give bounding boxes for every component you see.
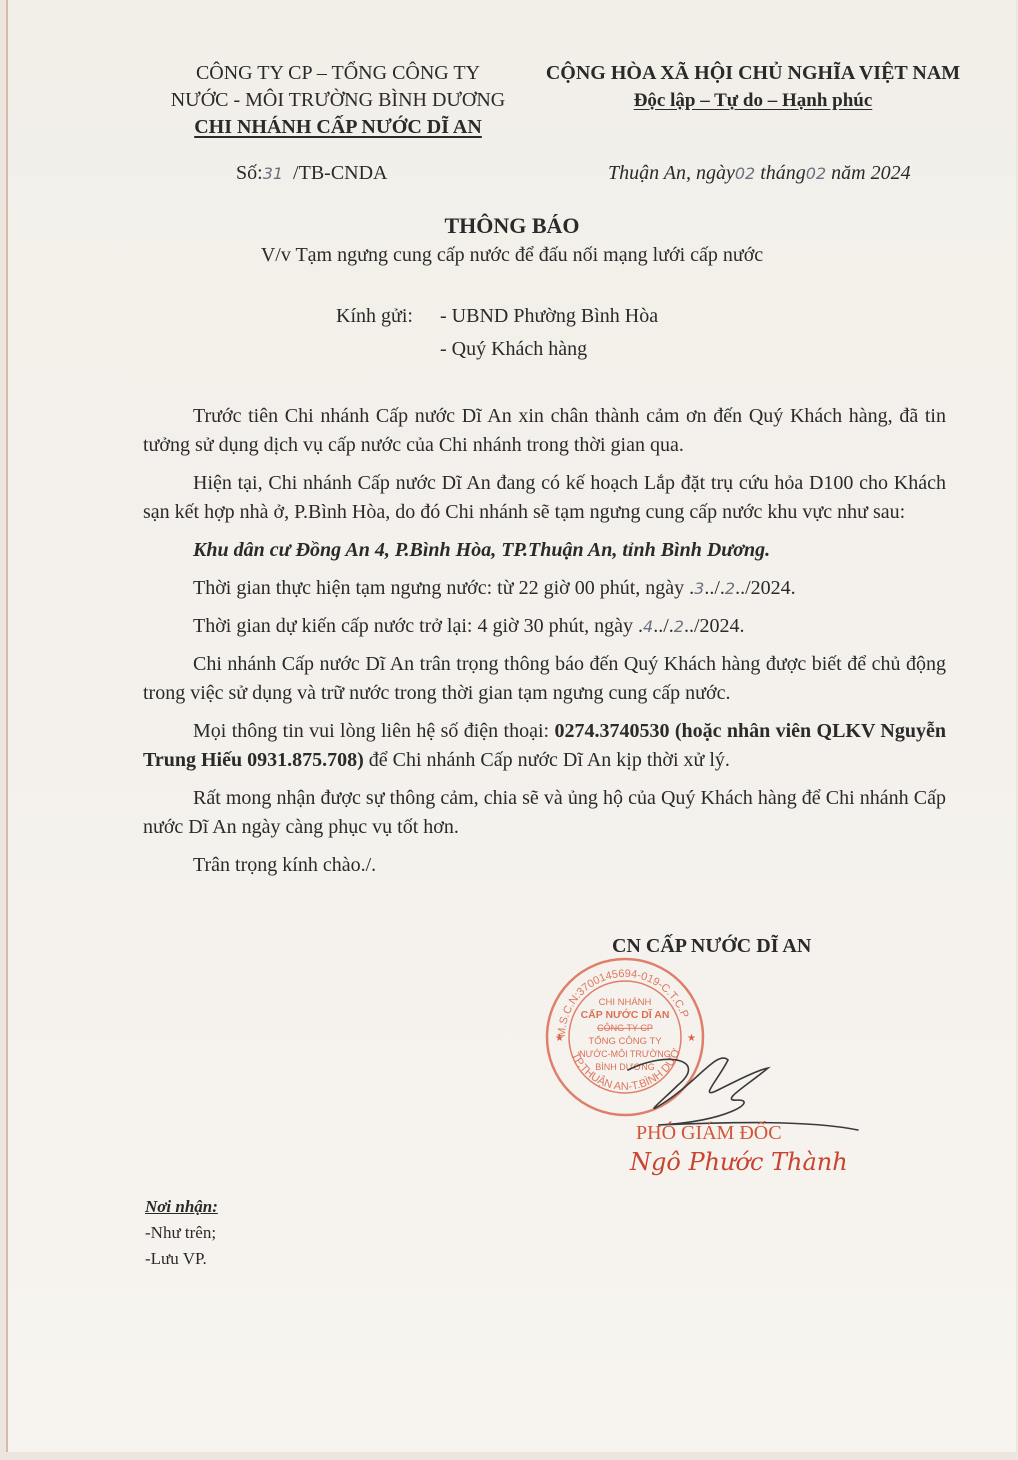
resume-day-handwritten: 4 bbox=[643, 617, 653, 636]
contact-label: Mọi thông tin vui lòng liên hệ số điện t… bbox=[193, 720, 554, 742]
nation-title: CỘNG HÒA XÃ HỘI CHỦ NGHĨA VIỆT NAM bbox=[508, 60, 998, 87]
document-title: THÔNG BÁO bbox=[8, 213, 1016, 239]
signer-name: Ngô Phước Thành bbox=[630, 1148, 848, 1176]
resume-date: .4../.2../2024. bbox=[638, 615, 745, 637]
contact-suffix: để Chi nhánh Cấp nước Dĩ An kịp thời xử … bbox=[364, 749, 730, 771]
reference-prefix: Số: bbox=[236, 162, 263, 184]
stop-month-handwritten: 2 bbox=[725, 579, 735, 598]
svg-text:★: ★ bbox=[555, 1033, 564, 1044]
document-subject: V/v Tạm ngưng cung cấp nước để đấu nối m… bbox=[8, 244, 1016, 267]
distribution-item: -Lưu VP. bbox=[145, 1246, 218, 1272]
resume-year: /2024. bbox=[694, 615, 745, 637]
recipients-label: Kính gửi: bbox=[336, 305, 413, 328]
reference-handwritten-number: 31 bbox=[263, 164, 283, 183]
signer-position: PHÓ GIÁM ĐỐC bbox=[636, 1122, 782, 1145]
resume-month-handwritten: 2 bbox=[674, 617, 684, 636]
date-month-handwritten: 02 bbox=[806, 164, 826, 183]
document-body: Trước tiên Chi nhánh Cấp nước Dĩ An xin … bbox=[143, 402, 946, 889]
svg-text:CẤP NƯỚC DĨ AN: CẤP NƯỚC DĨ AN bbox=[581, 1008, 670, 1021]
stop-day-handwritten: 3 bbox=[694, 579, 704, 598]
stop-year: /2024. bbox=[745, 577, 796, 599]
issuer-line-2: NƯỚC - MÔI TRƯỜNG BÌNH DƯƠNG bbox=[128, 87, 548, 114]
paragraph-notice: Chi nhánh Cấp nước Dĩ An trân trọng thôn… bbox=[143, 650, 946, 708]
issuer-branch: CHI NHÁNH CẤP NƯỚC DĨ AN bbox=[128, 114, 548, 141]
closing-greeting: Trân trọng kính chào./. bbox=[143, 851, 946, 880]
stop-time: Thời gian thực hiện tạm ngưng nước: từ 2… bbox=[143, 574, 946, 603]
national-header: CỘNG HÒA XÃ HỘI CHỦ NGHĨA VIỆT NAM Độc l… bbox=[508, 60, 998, 114]
recipient-1: - UBND Phường Bình Hòa bbox=[440, 305, 658, 328]
date-place: Thuận An, ngày bbox=[608, 162, 735, 184]
issuer-line-1: CÔNG TY CP – TỔNG CÔNG TY bbox=[128, 60, 548, 87]
date-month-label: tháng bbox=[760, 162, 806, 184]
stop-time-label: Thời gian thực hiện tạm ngưng nước: từ 2… bbox=[193, 577, 689, 599]
resume-time-label: Thời gian dự kiến cấp nước trở lại: 4 gi… bbox=[193, 615, 638, 637]
resume-time: Thời gian dự kiến cấp nước trở lại: 4 gi… bbox=[143, 612, 946, 641]
svg-text:CHI NHÁNH: CHI NHÁNH bbox=[599, 997, 652, 1008]
affected-area: Khu dân cư Đồng An 4, P.Bình Hòa, TP.Thu… bbox=[143, 536, 946, 565]
reference-number: Số:31 /TB-CNDA bbox=[236, 162, 388, 185]
paragraph-plan: Hiện tại, Chi nhánh Cấp nước Dĩ An đang … bbox=[143, 469, 946, 527]
paragraph-appreciation: Rất mong nhận được sự thông cảm, chia sẽ… bbox=[143, 784, 946, 842]
reference-suffix: /TB-CNDA bbox=[293, 162, 387, 184]
issuer-header: CÔNG TY CP – TỔNG CÔNG TY NƯỚC - MÔI TRƯ… bbox=[128, 60, 548, 141]
document-page: CÔNG TY CP – TỔNG CÔNG TY NƯỚC - MÔI TRƯ… bbox=[6, 0, 1016, 1452]
paragraph-contact: Mọi thông tin vui lòng liên hệ số điện t… bbox=[143, 717, 946, 775]
recipient-2: - Quý Khách hàng bbox=[440, 338, 587, 361]
national-motto: Độc lập – Tự do – Hạnh phúc bbox=[508, 87, 998, 114]
stop-date: .3../.2../2024. bbox=[689, 577, 796, 599]
distribution-label: Nơi nhận: bbox=[145, 1194, 218, 1220]
date-year: năm 2024 bbox=[831, 162, 910, 184]
issue-date: Thuận An, ngày02 tháng02 năm 2024 bbox=[608, 162, 911, 185]
date-day-handwritten: 02 bbox=[735, 164, 755, 183]
paragraph-thanks: Trước tiên Chi nhánh Cấp nước Dĩ An xin … bbox=[143, 402, 946, 460]
distribution-item: -Như trên; bbox=[145, 1220, 218, 1246]
distribution-list: Nơi nhận: -Như trên; -Lưu VP. bbox=[145, 1194, 218, 1272]
